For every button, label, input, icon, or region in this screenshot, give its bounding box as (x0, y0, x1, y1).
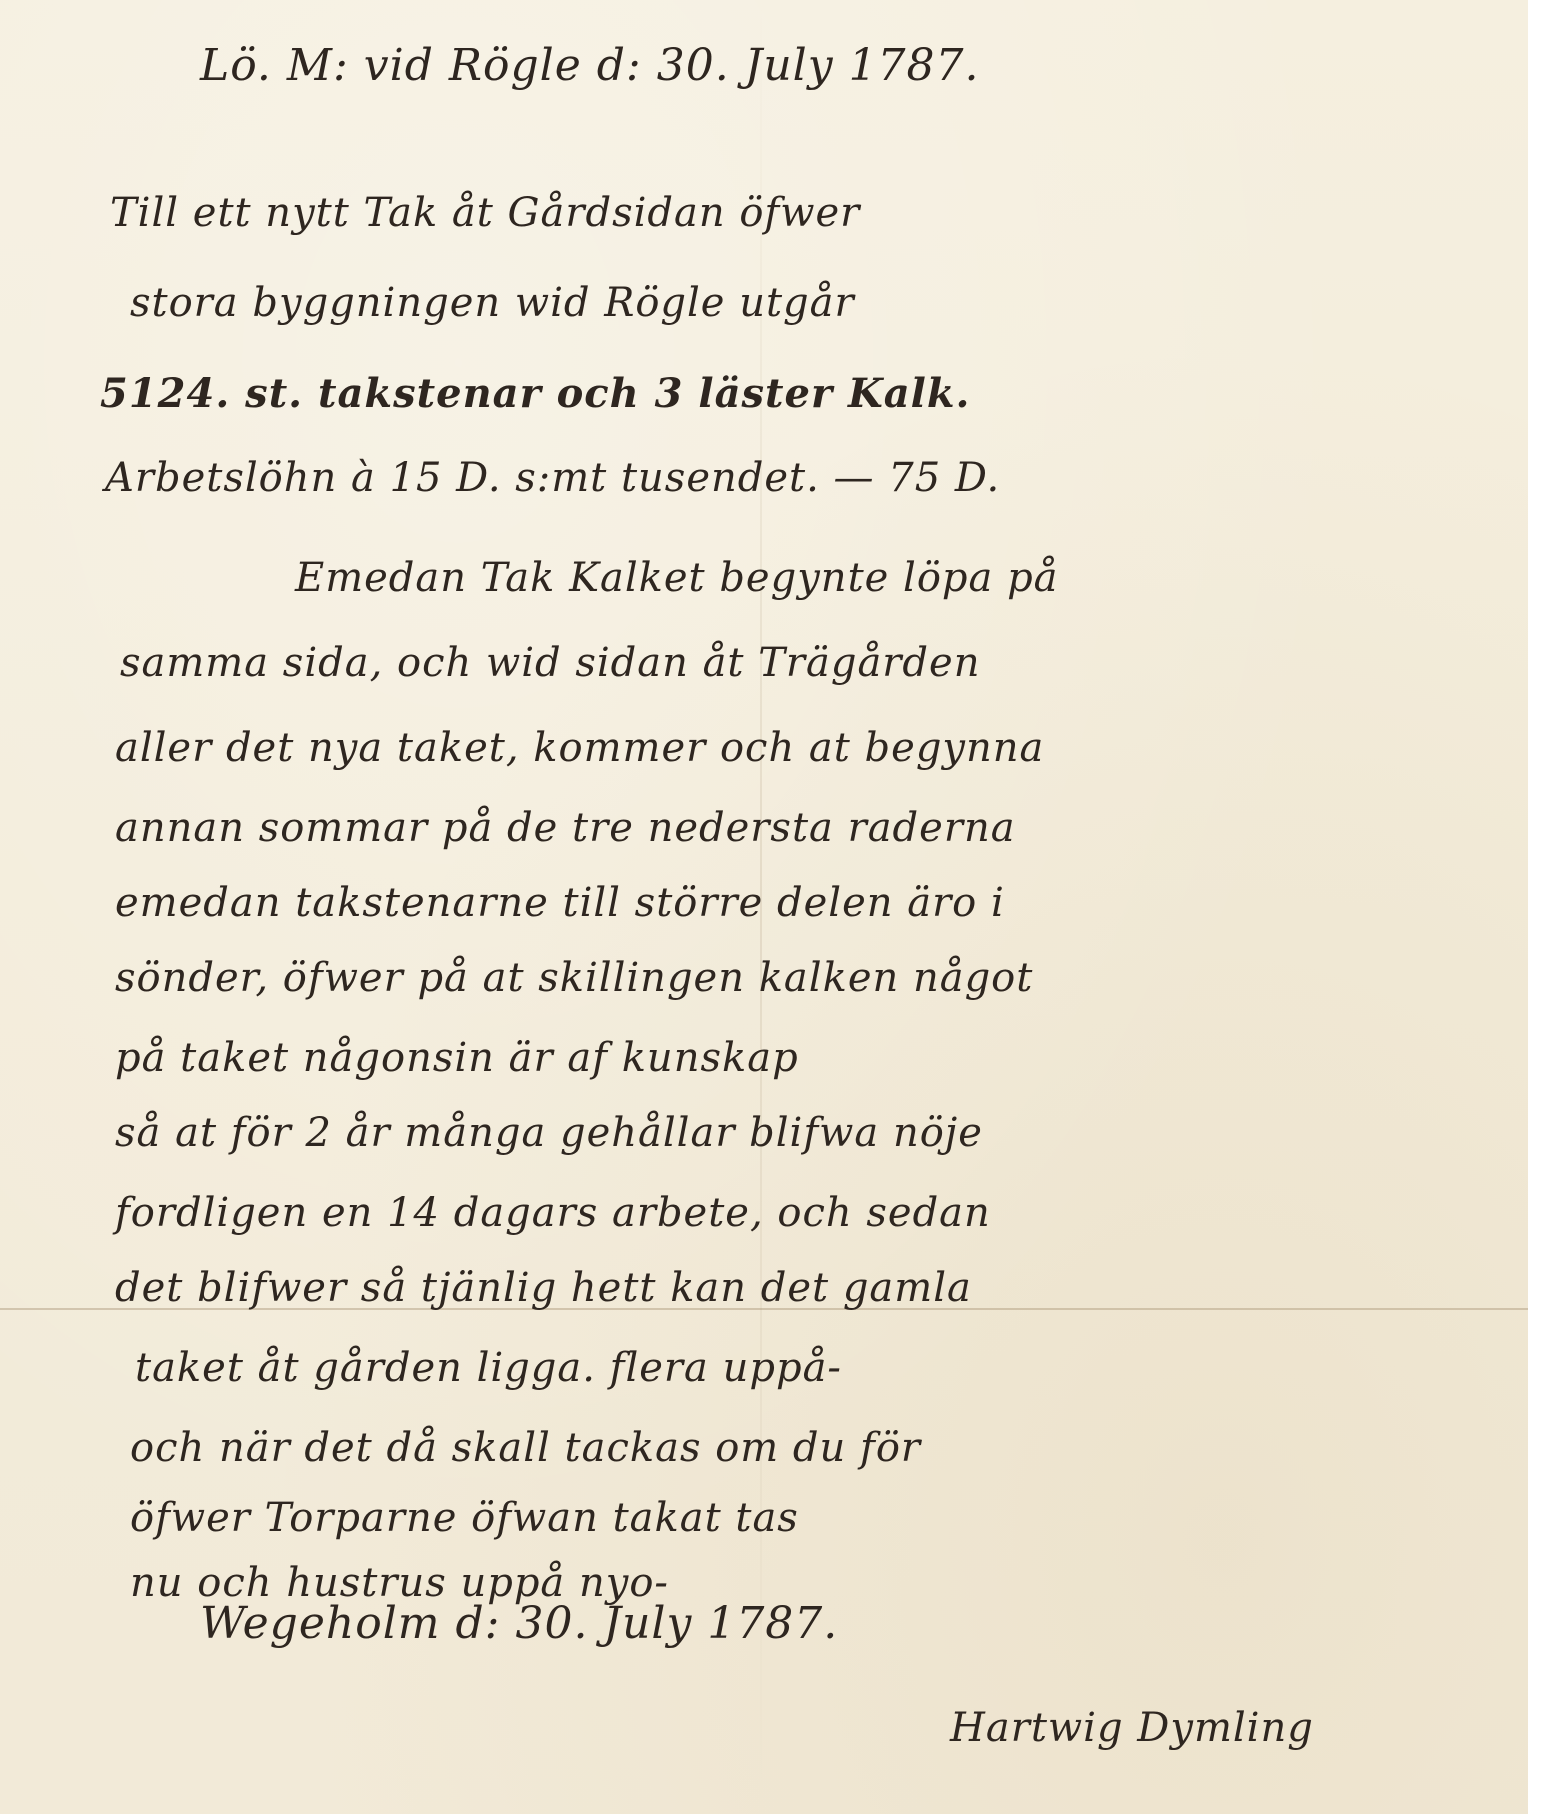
paragraph-line-4: annan sommar på de tre nedersta raderna (115, 805, 1016, 851)
paragraph-line-11: taket åt gården ligga. flera uppå- (135, 1345, 842, 1391)
text-line-3: 5124. st. takstenar och 3 läster Kalk. (100, 370, 970, 417)
paragraph-line-3: aller det nya taket, kommer och at begyn… (115, 725, 1044, 771)
paragraph-line-12: och när det då skall tackas om du för (130, 1425, 921, 1471)
paragraph-line-6: sönder, öfwer på at skillingen kalken nå… (115, 955, 1033, 1001)
paragraph-line-13: öfwer Torparne öfwan takat tas (130, 1495, 799, 1541)
text-line-2: stora byggningen wid Rögle utgår (130, 280, 855, 326)
letter-paper: Lö. M: vid Rögle d: 30. July 1787. Till … (0, 0, 1528, 1814)
text-line-4: Arbetslöhn à 15 D. s:mt tusendet. — 75 D… (105, 455, 1000, 501)
paragraph-line-8: så at för 2 år många gehållar blifwa nöj… (115, 1110, 983, 1156)
paragraph-line-10: det blifwer så tjänlig hett kan det gaml… (115, 1265, 972, 1311)
paragraph-line-1: Emedan Tak Kalket begynte löpa på (295, 555, 1059, 601)
closing-place-date: Wegeholm d: 30. July 1787. (200, 1598, 838, 1649)
paragraph-line-7: på taket någonsin är af kunskap (115, 1035, 799, 1081)
paragraph-line-5: emedan takstenarne till större delen äro… (115, 880, 1005, 926)
signature: Hartwig Dymling (950, 1705, 1314, 1751)
text-line-1: Till ett nytt Tak åt Gårdsidan öfwer (110, 190, 860, 236)
letter-heading: Lö. M: vid Rögle d: 30. July 1787. (200, 40, 980, 91)
paragraph-line-2: samma sida, och wid sidan åt Trägården (120, 640, 980, 686)
paragraph-line-9: fordligen en 14 dagars arbete, och sedan (115, 1190, 991, 1236)
